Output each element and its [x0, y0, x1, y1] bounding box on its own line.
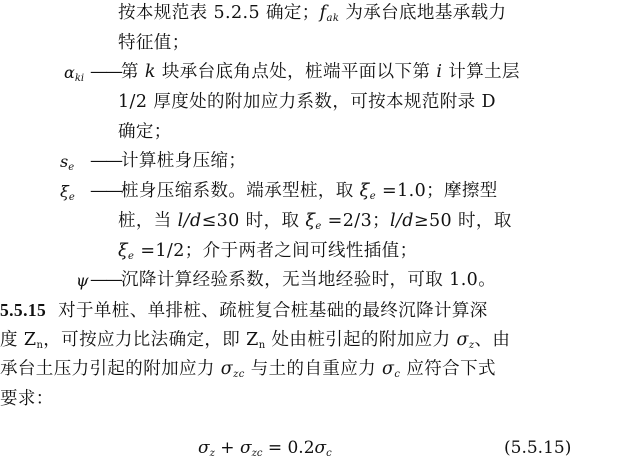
text-fragment: =1/2；介于两者之间可线性插值；: [134, 241, 417, 261]
text-line-1: 按本规范表 5.2.5 确定；fak 为承台底地基承载力: [118, 2, 506, 24]
plus-sign: +: [215, 438, 240, 458]
symbol-s-e: se: [60, 151, 74, 173]
symbol-xi-e: ξe: [118, 241, 134, 261]
text-fragment: 块承台底角点处，桩端平面以下第: [156, 62, 436, 82]
symbol-xi-e: ξe: [60, 181, 75, 203]
text-fragment: 按本规范表 5.2.5 确定；: [118, 3, 320, 23]
text-fragment: 为承台底地基承载力: [339, 3, 506, 23]
symbol-sigma-z: σz: [457, 330, 475, 350]
em-dash: ——: [90, 151, 121, 171]
text-fragment: 桩，当: [118, 211, 178, 231]
text-fragment: ≤30 时，取: [202, 211, 306, 231]
symbol-Zn: Zn: [24, 330, 43, 350]
symbol-sigma-zc: σzc: [240, 438, 262, 458]
text-fragment: 第: [121, 62, 145, 82]
clause-line-1: 5.5.15 对于单桩、单排桩、疏桩复合桩基础的最终沉降计算深: [0, 299, 488, 322]
text-fragment: 处由桩引起的附加应力: [266, 330, 457, 350]
symbol-sigma-c: σc: [382, 359, 400, 379]
clause-line-2: 度 Zn，可按应力比法确定，即 Zn 处由桩引起的附加应力 σz、由: [0, 329, 510, 351]
em-dash: ——: [90, 270, 121, 290]
equation: σz + σzc = 0.2σc: [198, 437, 332, 459]
equation-number: (5.5.15): [504, 437, 571, 459]
equals-value: = 0.2: [262, 438, 314, 458]
symbol-f: fak: [320, 3, 340, 23]
em-dash: ——: [90, 181, 121, 201]
clause-line-4: 要求：: [0, 388, 54, 410]
text-line-10: ——沉降计算经验系数，无当地经验时，可取 1.0。: [90, 269, 496, 291]
text-line-7: ——桩身压缩系数。端承型桩，取 ξe =1.0；摩擦型: [90, 180, 498, 202]
text-fragment: 度: [0, 330, 24, 350]
em-dash: ——: [90, 62, 121, 82]
text-line-9: ξe =1/2；介于两者之间可线性插值；: [118, 240, 417, 262]
symbol-sigma-c: σc: [315, 438, 332, 458]
text-fragment: 承台土压力引起的附加应力: [0, 359, 221, 379]
clause-line-3: 承台土压力引起的附加应力 σzc 与土的自重应力 σc 应符合下式: [0, 358, 496, 380]
text-fragment: 沉降计算经验系数，无当地经验时，可取 1.0。: [121, 270, 496, 290]
text-fragment: ，可按应力比法确定，即: [43, 330, 246, 350]
text-fragment: =1.0；摩擦型: [376, 181, 498, 201]
text-fragment: 、由: [475, 330, 511, 350]
symbol-alpha-ki: αki: [64, 62, 84, 84]
text-line-4: 1/2 厚度处的附加应力系数，可按本规范附录 D: [118, 91, 496, 113]
symbol-l-over-d: l/d: [390, 211, 414, 231]
symbol-sigma-zc: σzc: [221, 359, 245, 379]
text-fragment: =2/3；: [322, 211, 390, 231]
text-line-5: 确定；: [118, 121, 172, 143]
clause-number: 5.5.15: [0, 300, 46, 320]
symbol-sigma-z: σz: [198, 438, 215, 458]
text-line-3: ——第 k 块承台底角点处，桩端平面以下第 i 计算土层: [90, 61, 520, 83]
symbol-k: k: [145, 62, 156, 82]
symbol-xi-e: ξe: [305, 211, 321, 231]
text-line-6: ——计算桩身压缩；: [90, 150, 246, 172]
text-fragment: 对于单桩、单排桩、疏桩复合桩基础的最终沉降计算深: [58, 301, 488, 321]
text-line-8: 桩，当 l/d≤30 时，取 ξe =2/3；l/d≥50 时，取: [118, 210, 512, 232]
text-fragment: 应符合下式: [400, 359, 495, 379]
text-fragment: 计算桩身压缩；: [121, 151, 246, 171]
text-fragment: 与土的自重应力: [245, 359, 382, 379]
text-fragment: ≥50 时，取: [414, 211, 512, 231]
symbol-xi-e: ξe: [360, 181, 376, 201]
text-line-2: 特征值；: [118, 32, 190, 54]
symbol-l-over-d: l/d: [178, 211, 202, 231]
text-fragment: 计算土层: [442, 62, 520, 82]
text-fragment: 桩身压缩系数。端承型桩，取: [121, 181, 360, 201]
symbol-Zn: Zn: [246, 330, 265, 350]
symbol-psi: ψ: [76, 270, 89, 292]
